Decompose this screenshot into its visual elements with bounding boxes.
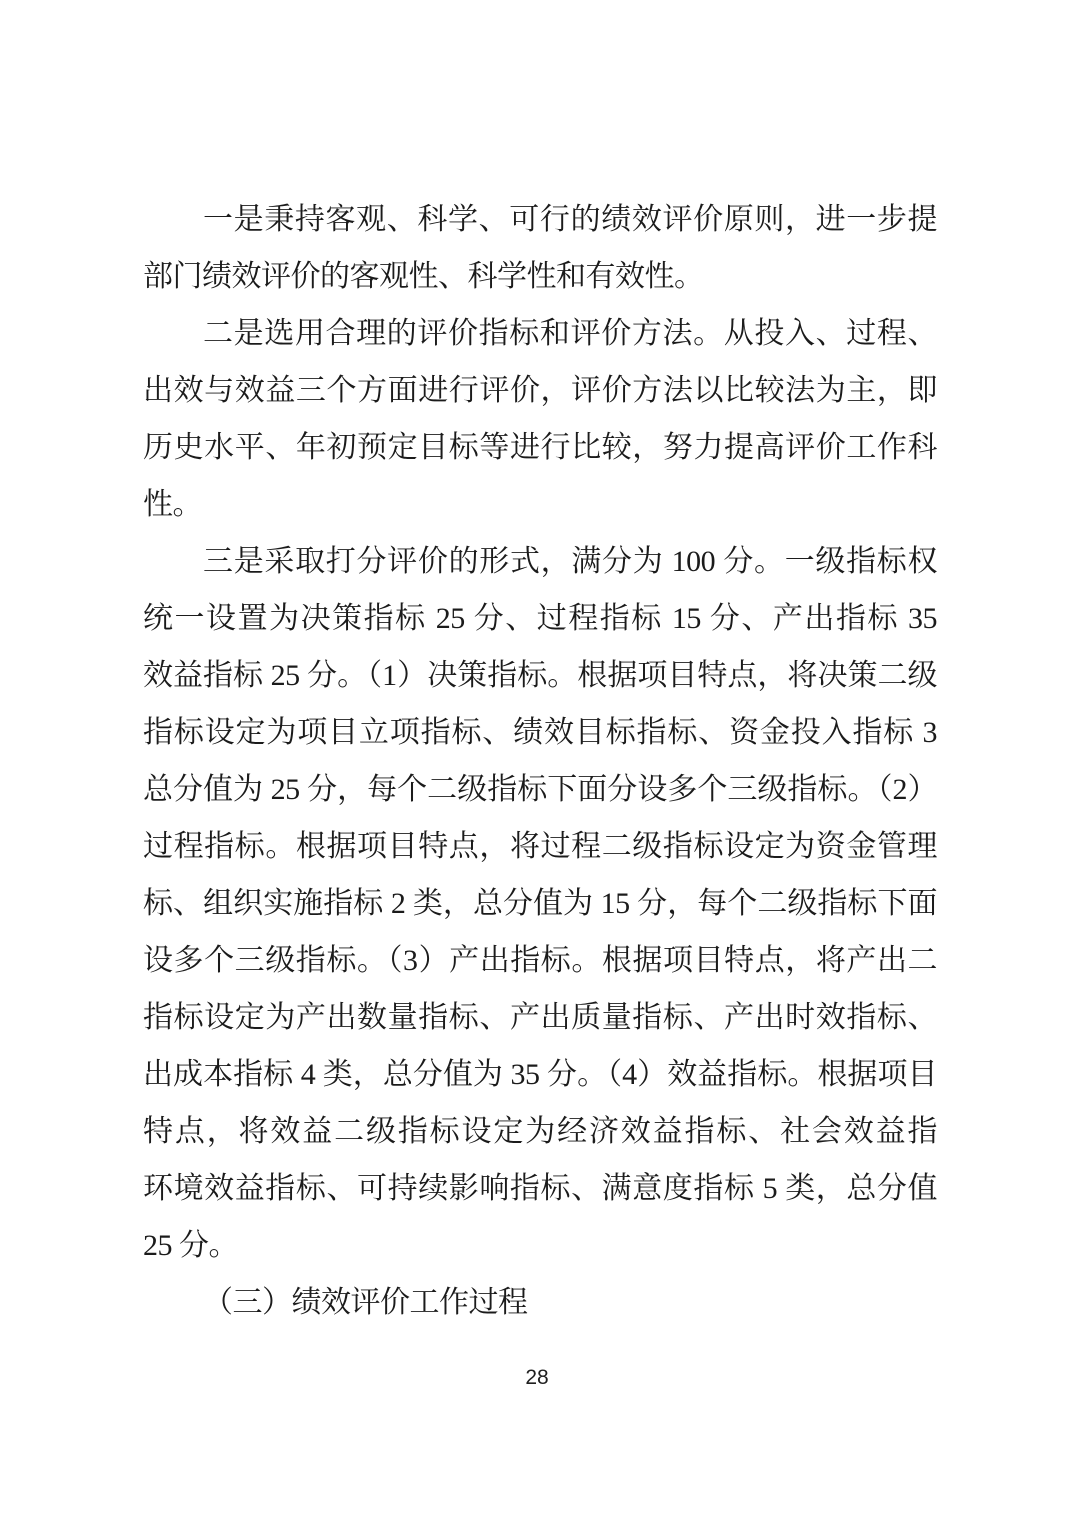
text-line: 效益指标 25 分。（1）决策指标。根据项目特点，将决策二级 bbox=[143, 647, 937, 704]
text-line: 指标设定为产出数量指标、产出质量指标、产出时效指标、产 bbox=[143, 989, 937, 1046]
text-line: 过程指标。根据项目特点，将过程二级指标设定为资金管理指 bbox=[143, 818, 937, 875]
text-line: 部门绩效评价的客观性、科学性和有效性。 bbox=[143, 248, 937, 305]
section-heading: （三）绩效评价工作过程 bbox=[143, 1274, 937, 1331]
text-line: 环境效益指标、可持续影响指标、满意度指标 5 类，总分值为 bbox=[143, 1160, 937, 1217]
text-line: 标、组织实施指标 2 类，总分值为 15 分，每个二级指标下面分 bbox=[143, 875, 937, 932]
text-line: 历史水平、年初预定目标等进行比较，努力提高评价工作科学 bbox=[143, 419, 937, 476]
text-line: 性。 bbox=[143, 476, 937, 533]
text-line: 三是采取打分评价的形式，满分为 100 分。一级指标权重 bbox=[143, 533, 937, 590]
text-line: 特点，将效益二级指标设定为经济效益指标、社会效益指标、 bbox=[143, 1103, 937, 1160]
document-body: 一是秉持客观、科学、可行的绩效评价原则，进一步提升 部门绩效评价的客观性、科学性… bbox=[143, 191, 937, 1331]
text-line: 25 分。 bbox=[143, 1217, 937, 1274]
text-line: 出效与效益三个方面进行评价，评价方法以比较法为主，即与 bbox=[143, 362, 937, 419]
text-line: 指标设定为项目立项指标、绩效目标指标、资金投入指标 3 类， bbox=[143, 704, 937, 761]
text-line: 统一设置为决策指标 25 分、过程指标 15 分、产出指标 35 分、 bbox=[143, 590, 937, 647]
page-number: 28 bbox=[0, 1366, 1074, 1390]
text-line: 设多个三级指标。（3）产出指标。根据项目特点，将产出二级 bbox=[143, 932, 937, 989]
text-line: 出成本指标 4 类，总分值为 35 分。（4）效益指标。根据项目 bbox=[143, 1046, 937, 1103]
text-line: 一是秉持客观、科学、可行的绩效评价原则，进一步提升 bbox=[143, 191, 937, 248]
text-line: 二是选用合理的评价指标和评价方法。从投入、过程、产 bbox=[143, 305, 937, 362]
document-page: 一是秉持客观、科学、可行的绩效评价原则，进一步提升 部门绩效评价的客观性、科学性… bbox=[0, 0, 1074, 1520]
text-line: 总分值为 25 分，每个二级指标下面分设多个三级指标。（2） bbox=[143, 761, 937, 818]
